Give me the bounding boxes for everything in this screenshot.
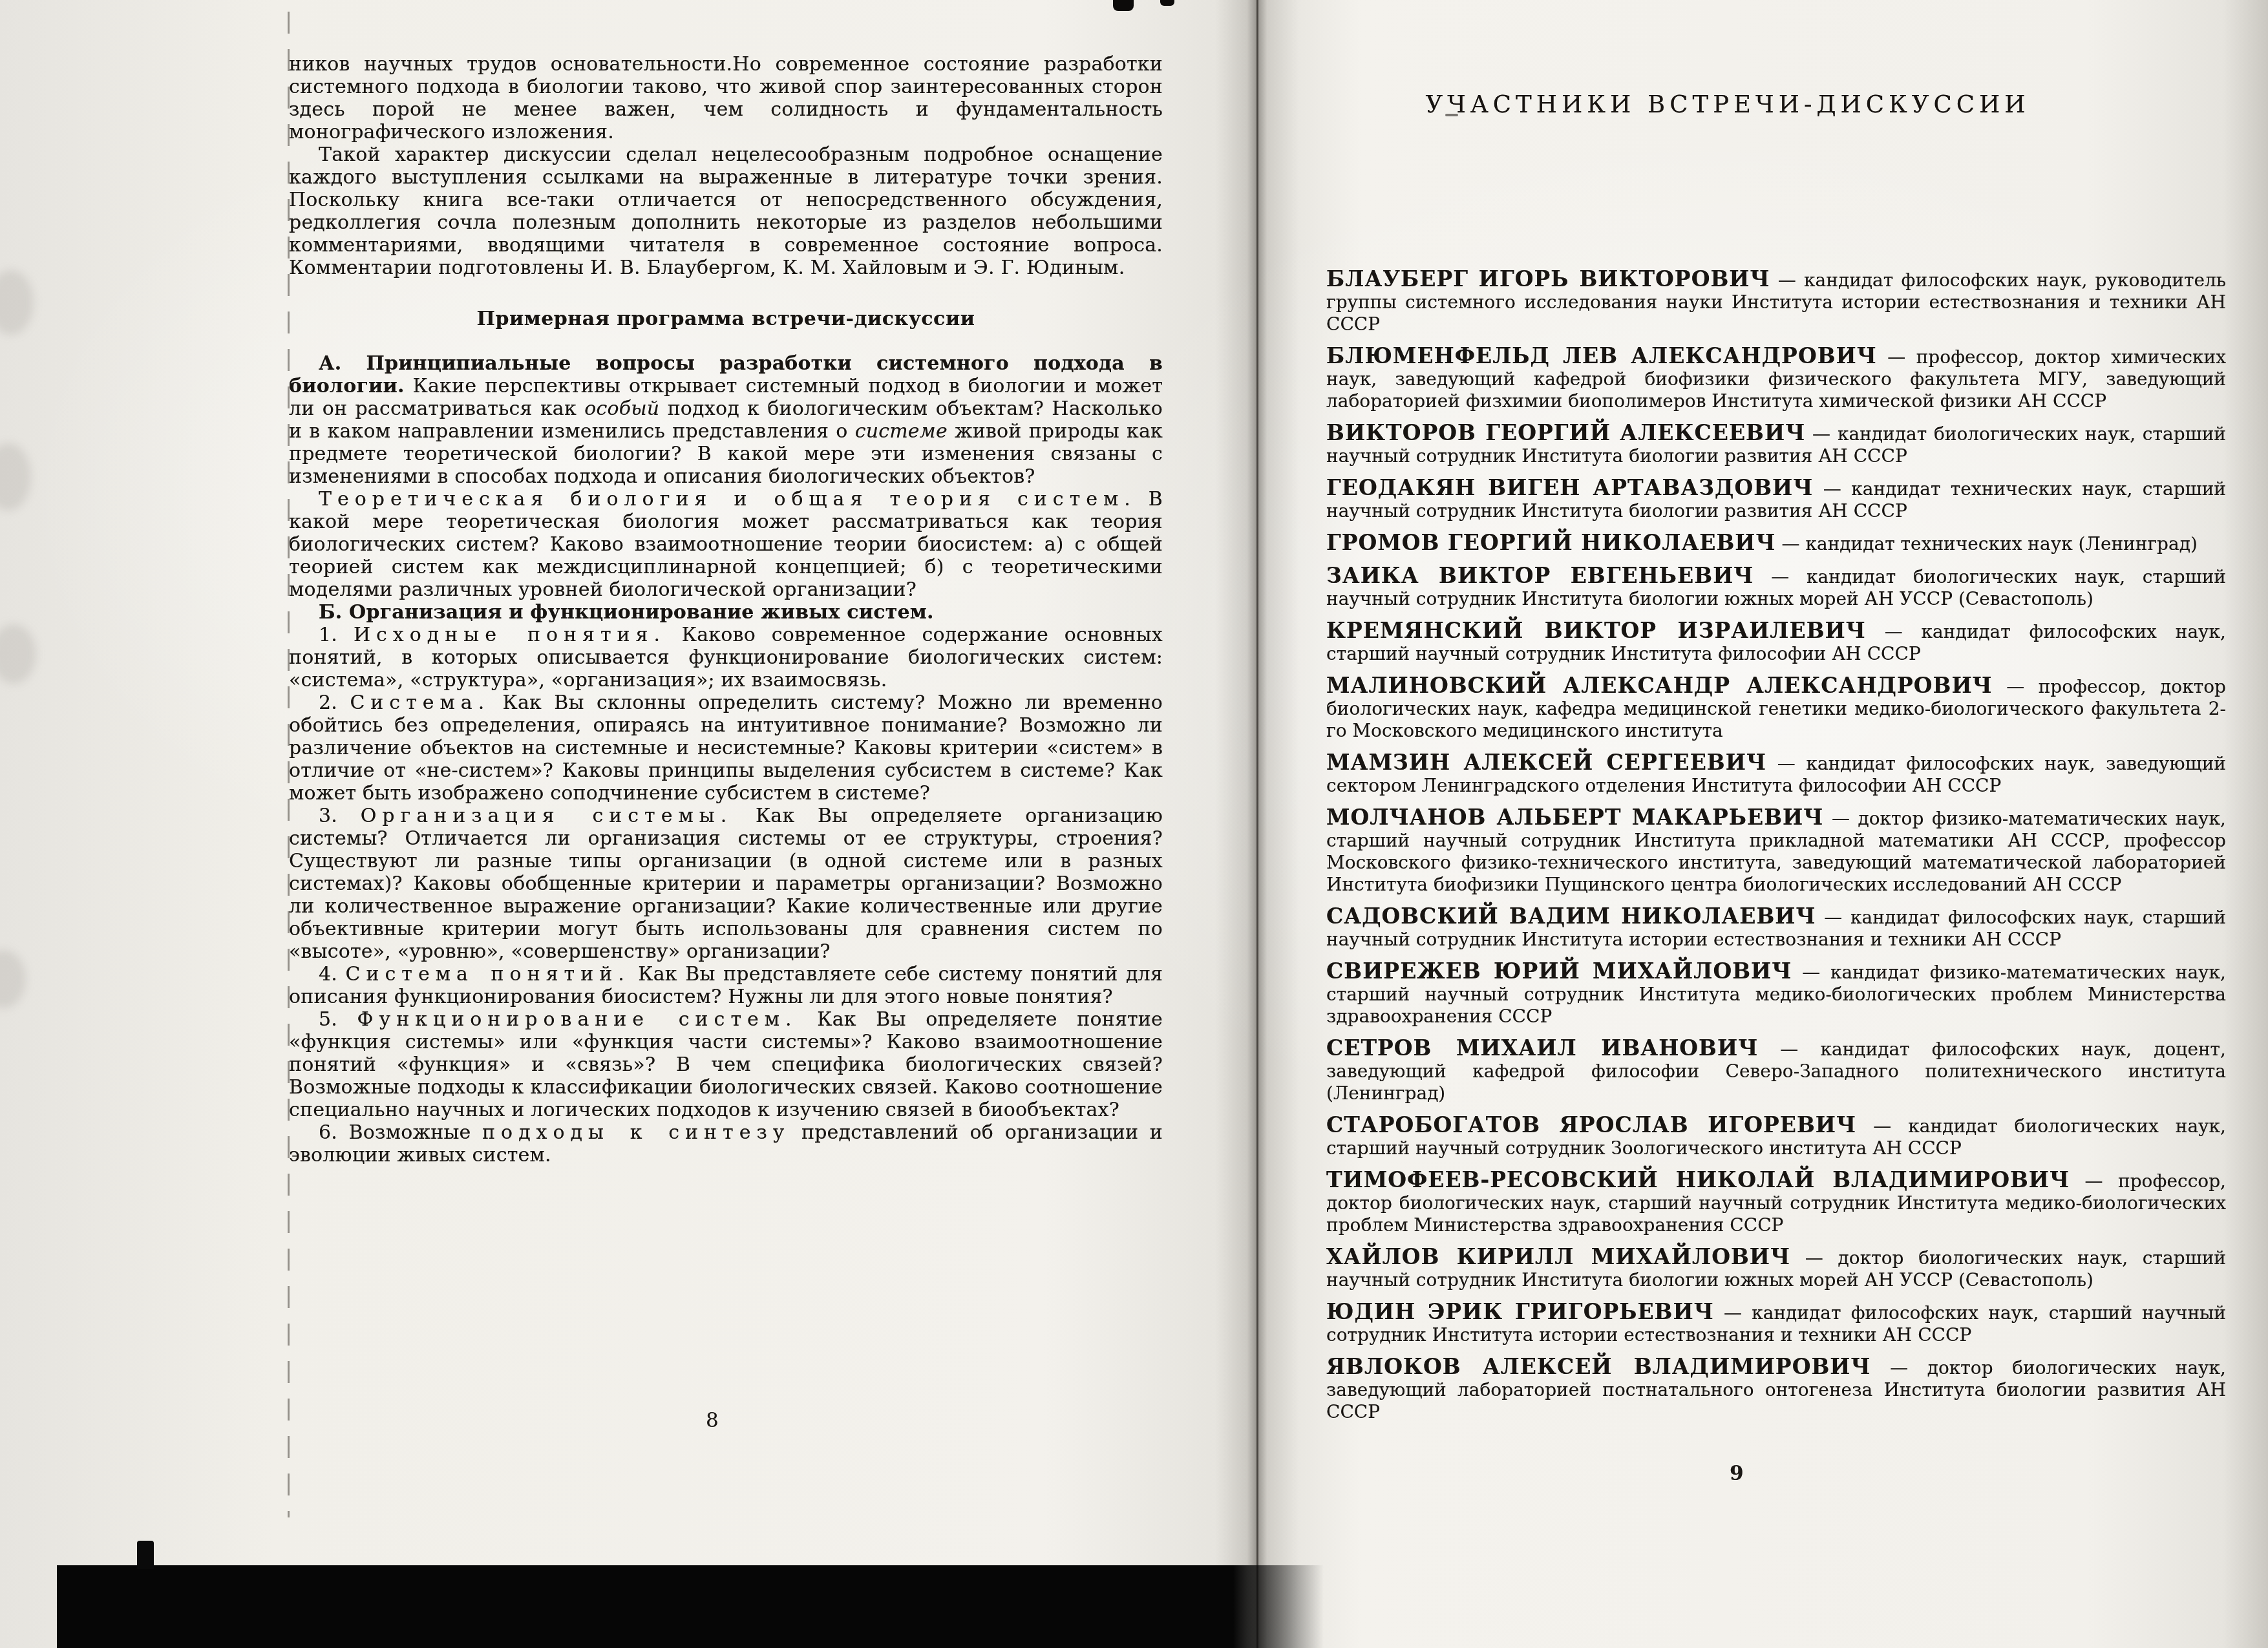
participant-name: МАЛИНОВСКИЙ АЛЕКСАНДР АЛЕКСАНДРОВИЧ [1326,673,1993,698]
participant-dash: — [1877,346,1916,368]
participant-dash: — [2070,1170,2118,1192]
participant-entry: БЛАУБЕРГ ИГОРЬ ВИКТОРОВИЧ — кандидат фил… [1326,268,2226,335]
scan-smudge [0,443,31,511]
participant-name: СТАРОБОГАТОВ ЯРОСЛАВ ИГОРЕВИЧ [1326,1112,1856,1137]
text-run: Функционирование систем. [357,1008,798,1031]
participant-name: ВИКТОРОВ ГЕОРГИЙ АЛЕКСЕЕВИЧ [1326,420,1805,445]
participant-name: ТИМОФЕЕВ-РЕСОВСКИЙ НИКОЛАЙ ВЛАДИМИРОВИЧ [1326,1167,2070,1192]
text-run: 5. [319,1008,357,1031]
participant-dash: — [1790,1247,1838,1269]
item-4: 4. Система понятий. Как Вы представляете… [289,963,1163,1008]
participant-entry: ЮДИН ЭРИК ГРИГОРЬЕВИЧ — кандидат философ… [1326,1301,2226,1346]
section-a-theory: Теоретическая биология и общая теория си… [289,488,1163,601]
participant-entry: МОЛЧАНОВ АЛЬБЕРТ МАКАРЬЕВИЧ — доктор физ… [1326,807,2226,896]
text-run: 1. [319,624,354,646]
text-run: особый [584,397,659,420]
text-run: 3. [319,805,361,827]
left-page-text: ников научных трудов основательности.Но … [289,53,1163,1167]
participant-entry: ЯВЛОКОВ АЛЕКСЕЙ ВЛАДИМИРОВИЧ — доктор би… [1326,1356,2226,1423]
participant-name: БЛАУБЕРГ ИГОРЬ ВИКТОРОВИЧ [1326,266,1770,291]
binding-gutter-line [1256,0,1258,1648]
participant-dash: — [1805,423,1838,445]
participant-entry: ВИКТОРОВ ГЕОРГИЙ АЛЕКСЕЕВИЧ — кандидат б… [1326,422,2226,467]
participant-dash: — [1754,566,1807,587]
paragraph-commentary: Такой характер дискуссии сделал нецелесо… [289,143,1163,279]
section-b: Б. Организация и функционирование живых … [289,601,1163,624]
text-run: Система понятий. [346,963,630,986]
scan-smudge [0,270,34,335]
participant-entry: ГЕОДАКЯН ВИГЕН АРТАВАЗДОВИЧ — кандидат т… [1326,477,2226,522]
participant-entry: ГРОМОВ ГЕОРГИЙ НИКОЛАЕВИЧ — кандидат тех… [1326,532,2226,555]
participant-dash: — [1770,269,1805,291]
participant-dash: — [1714,1302,1752,1324]
participant-name: ЮДИН ЭРИК ГРИГОРЬЕВИЧ [1326,1299,1714,1324]
item-5: 5. Функционирование систем. Как Вы опред… [289,1008,1163,1121]
item-6: 6. Возможные подходы к синтезу представл… [289,1121,1163,1167]
item-3: 3. Организация системы. Как Вы определяе… [289,805,1163,963]
participant-name: СВИРЕЖЕВ ЮРИЙ МИХАЙЛОВИЧ [1326,958,1792,984]
text-run: системе [855,420,948,443]
text-run: 2. [319,692,350,714]
text-run: Теоретическая биология и общая теория си… [319,488,1136,511]
book-spread-scan: ников научных трудов основательности.Но … [0,0,2268,1648]
participant-entry: МАЛИНОВСКИЙ АЛЕКСАНДР АЛЕКСАНДРОВИЧ — пр… [1326,675,2226,742]
participant-entry: СВИРЕЖЕВ ЮРИЙ МИХАЙЛОВИЧ — кандидат физи… [1326,960,2226,1028]
text-run: Б. Организация и функционирование живых … [319,601,934,624]
program-heading: Примерная программа встречи-дискуссии [289,308,1163,330]
participant-entry: БЛЮМЕНФЕЛЬД ЛЕВ АЛЕКСАНДРОВИЧ — профессо… [1326,345,2226,412]
participant-dash: — [1866,621,1922,642]
participant-name: ГРОМОВ ГЕОРГИЙ НИКОЛАЕВИЧ [1326,530,1776,555]
participants-heading: УЧАСТНИКИ ВСТРЕЧИ-ДИСКУССИИ [1326,90,2129,118]
participant-name: СЕТРОВ МИХАИЛ ИВАНОВИЧ [1326,1035,1758,1061]
participant-entry: МАМЗИН АЛЕКСЕЙ СЕРГЕЕВИЧ — кандидат фило… [1326,752,2226,797]
scanner-black-band [57,1565,1233,1648]
participant-name: МАМЗИН АЛЕКСЕЙ СЕРГЕЕВИЧ [1326,750,1766,775]
text-run: Примерная программа встречи-дискуссии [477,308,975,330]
participant-entry: ТИМОФЕЕВ-РЕСОВСКИЙ НИКОЛАЙ ВЛАДИМИРОВИЧ … [1326,1169,2226,1236]
participant-entry: КРЕМЯНСКИЙ ВИКТОР ИЗРАИЛЕВИЧ — кандидат … [1326,620,2226,665]
paragraph-continuation: ников научных трудов основательности.Но … [289,53,1163,143]
item-1: 1. Исходные понятия. Каково современное … [289,624,1163,692]
section-a: А. Принципиальные вопросы разработки сис… [289,352,1163,488]
right-page: УЧАСТНИКИ ВСТРЕЧИ-ДИСКУССИИ БЛАУБЕРГ ИГО… [1326,90,2226,1433]
participant-entry: САДОВСКИЙ ВАДИМ НИКОЛАЕВИЧ — кандидат фи… [1326,905,2226,951]
participant-entry: СТАРОБОГАТОВ ЯРОСЛАВ ИГОРЕВИЧ — кандидат… [1326,1114,2226,1159]
participant-dash: — [1758,1039,1820,1060]
text-run: Система. [350,692,490,714]
participant-entry: СЕТРОВ МИХАИЛ ИВАНОВИЧ — кандидат филосо… [1326,1037,2226,1104]
top-edge-mark [1160,0,1174,6]
participant-dash: — [1871,1357,1927,1379]
participant-dash: — [1856,1115,1908,1137]
right-page-number: 9 [1730,1462,1744,1485]
participant-entry: ЗАИКА ВИКТОР ЕВГЕНЬЕВИЧ — кандидат биоло… [1326,565,2226,610]
participants-list: БЛАУБЕРГ ИГОРЬ ВИКТОРОВИЧ — кандидат фил… [1326,268,2226,1423]
participant-dash: — [1813,478,1851,500]
scanner-black-band-corner [137,1541,154,1569]
participant-name: КРЕМЯНСКИЙ ВИКТОР ИЗРАИЛЕВИЧ [1326,618,1866,643]
text-run: ников научных трудов основательности.Но … [289,53,1163,143]
text-run: Как Вы определяете организацию системы? … [289,805,1163,963]
participant-name: МОЛЧАНОВ АЛЬБЕРТ МАКАРЬЕВИЧ [1326,805,1823,830]
participant-dash: — [1792,962,1830,983]
text-run: Такой характер дискуссии сделал нецелесо… [289,143,1163,279]
top-edge-mark [1113,0,1134,11]
text-run: подходы к синтезу [482,1121,790,1144]
participant-dash: — [1776,533,1806,555]
participant-name: ЗАИКА ВИКТОР ЕВГЕНЬЕВИЧ [1326,563,1754,588]
participant-name: БЛЮМЕНФЕЛЬД ЛЕВ АЛЕКСАНДРОВИЧ [1326,343,1877,368]
participant-name: ХАЙЛОВ КИРИЛЛ МИХАЙЛОВИЧ [1326,1244,1790,1269]
participant-name: ГЕОДАКЯН ВИГЕН АРТАВАЗДОВИЧ [1326,475,1813,500]
text-run: 4. [319,963,346,986]
scanner-black-band-fade [1233,1565,1324,1648]
participant-description: кандидат технических наук (Ленинград) [1805,533,2197,555]
participant-dash: — [1816,907,1850,928]
right-edge-shadow [2223,0,2268,1648]
left-page-number: 8 [706,1409,719,1432]
text-run: Исходные понятия. [354,624,666,646]
scan-smudge [0,624,36,684]
participant-name: ЯВЛОКОВ АЛЕКСЕЙ ВЛАДИМИРОВИЧ [1326,1354,1871,1379]
participant-entry: ХАЙЛОВ КИРИЛЛ МИХАЙЛОВИЧ — доктор биолог… [1326,1246,2226,1291]
participant-dash: — [1823,808,1858,829]
participant-name: САДОВСКИЙ ВАДИМ НИКОЛАЕВИЧ [1326,903,1816,929]
participant-dash: — [1766,753,1806,774]
text-run: 6. Возможные [319,1121,482,1144]
scan-smudge [0,950,26,1008]
item-2: 2. Система. Как Вы склонны определить си… [289,692,1163,805]
text-run: Организация системы. [361,805,732,827]
participant-dash: — [1993,676,2039,697]
